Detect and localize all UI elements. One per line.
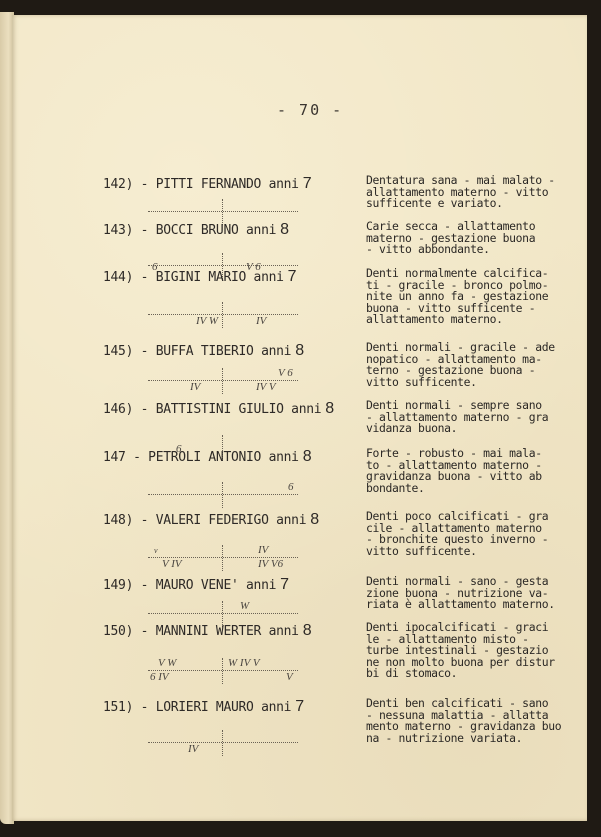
entry-header: 143) - BOCCI BRUNO anni8 [103,221,289,239]
chart-mark-lower-right: IV V [256,381,276,393]
entry-header: 150) - MANNINI WERTER anni8 [103,622,311,640]
entry-header: 145) - BUFFA TIBERIO anni8 [103,342,304,360]
entry-number: 151) - [103,700,148,715]
entry-number: 142) - [103,177,148,192]
dental-formula-chart: IV [148,730,298,756]
chart-vertical-line [222,368,223,394]
entry-name: PETROLI ANTONIO anni [148,450,299,465]
entry-description: Forte - robusto - mai mala- to - allatta… [366,448,586,494]
entry-header: 144) - BIGINI MARIO anni7 [103,268,296,286]
chart-mark-upper-right: IV [258,544,268,556]
entry-header: 151) - LORIERI MAURO anni7 [103,698,304,716]
dental-formula-chart: V W W IV V 6 IV V [148,658,298,684]
entry-description: Denti poco calcificati - gra cile - alla… [366,511,586,557]
entry-name: BOCCI BRUNO anni [156,223,276,238]
chart-mark-upper-right: W [240,600,249,612]
entry-age: 7 [288,268,297,285]
chart-horizontal-line [148,613,298,614]
dental-formula-chart: v IV V IV IV V6 [148,545,298,571]
entry-age: 8 [325,400,334,417]
entry-name: MAURO VENE' anni [156,578,276,593]
entry-description: Denti normali - sempre sano - allattamen… [366,400,586,435]
entry-number: 145) - [103,344,148,359]
entry-age: 8 [310,511,319,528]
chart-mark-upper-right: V 6 [278,367,293,379]
entry-age: 7 [280,576,289,593]
entry-age: 8 [295,342,304,359]
entry-name: BUFFA TIBERIO anni [156,344,291,359]
entry-name: BATTISTINI GIULIO anni [156,402,322,417]
entry-description: Denti normali - gracile - ade nopatico -… [366,342,586,388]
chart-horizontal-line [148,314,298,315]
entry-number: 144) - [103,270,148,285]
chart-mark-lower-left: IV [190,381,200,393]
chart-vertical-line [222,482,223,508]
page-number: - 70 - [277,101,343,119]
entry-name: PITTI FERNANDO anni [156,177,299,192]
entry-description: Denti normalmente calcifica- ti - gracil… [366,268,586,326]
dental-formula-chart: 6 [148,482,298,508]
entry-header: 146) - BATTISTINI GIULIO anni8 [103,400,334,418]
chart-vertical-line [222,730,223,756]
chart-mark-lower-right: IV [256,315,266,327]
chart-mark-upper-right: 6 [288,481,294,493]
entry-name: MANNINI WERTER anni [156,624,299,639]
chart-horizontal-line [148,265,298,266]
chart-mark-upper-right: W IV V [228,657,260,669]
entry-name: BIGINI MARIO anni [156,270,284,285]
chart-mark-lower-left: IV [188,743,198,755]
dental-formula-chart: V 6 IV IV V [148,368,298,394]
entry-header: 142) - PITTI FERNANDO anni7 [103,175,311,193]
entry-number: 149) - [103,578,148,593]
entry-name: LORIERI MAURO anni [156,700,291,715]
entry-header: 149) - MAURO VENE' anni7 [103,576,289,594]
chart-vertical-line [222,658,223,684]
chart-mark-lower-right: IV V6 [258,558,283,570]
entry-number: 150) - [103,624,148,639]
entry-description: Dentatura sana - mai malato - allattamen… [366,175,586,210]
entry-description: Denti ben calcificati - sano - nessuna m… [366,698,586,744]
chart-horizontal-line [148,494,298,495]
entry-age: 7 [303,175,312,192]
entry-number: 146) - [103,402,148,417]
chart-mark-lower-left: IV W [196,315,218,327]
document-page: - 70 - 142) - PITTI FERNANDO anni7 Denta… [12,15,587,821]
entry-description: Denti normali - sano - gesta zione buona… [366,576,586,611]
entry-number: 147 - [103,450,141,465]
chart-mark-lower-left: 6 IV [150,671,169,683]
chart-vertical-line [222,302,223,328]
dental-formula-chart: IV W IV [148,302,298,328]
chart-mark-lower-right: V [286,671,293,683]
entry-header: 148) - VALERI FEDERIGO anni8 [103,511,319,529]
entry-age: 7 [295,698,304,715]
entry-header: 147 - PETROLI ANTONIO anni8 [103,448,311,466]
entry-number: 143) - [103,223,148,238]
entry-name: VALERI FEDERIGO anni [156,513,307,528]
chart-horizontal-line [148,670,298,671]
entry-age: 8 [280,221,289,238]
chart-horizontal-line [148,742,298,743]
chart-mark-lower-left: V IV [162,558,182,570]
entry-number: 148) - [103,513,148,528]
chart-mark-upper-left: V W [158,657,176,669]
entry-age: 8 [303,622,312,639]
entry-description: Carie secca - allattamento materno - ges… [366,221,586,256]
chart-horizontal-line [148,211,298,212]
entry-age: 8 [303,448,312,465]
entry-description: Denti ipocalcificati - graci le - allatt… [366,622,586,680]
chart-vertical-line [222,545,223,571]
chart-mark-upper-left: v [154,546,158,555]
